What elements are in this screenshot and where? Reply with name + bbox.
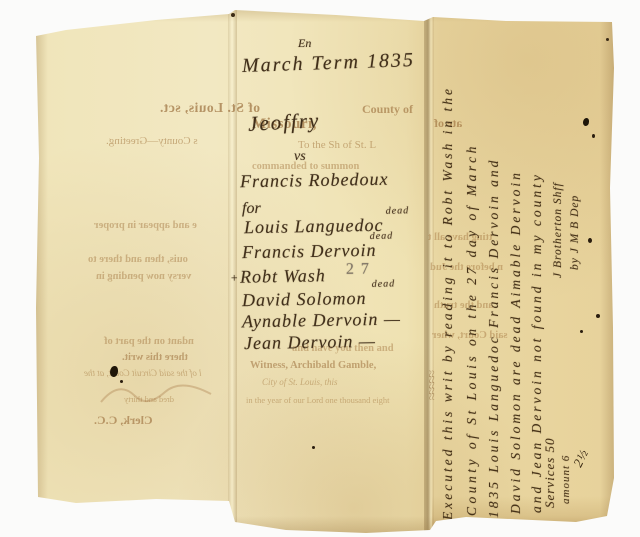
handwritten-defendant: Francis Robedoux	[240, 169, 389, 193]
ink-speck	[120, 380, 123, 383]
bleed-line-to-the-sheriff: To the Sh of St. L	[298, 139, 376, 151]
bleed-line-have-all: tting have all t	[428, 232, 492, 243]
handwritten-plaintiff: Jeoffry	[247, 108, 321, 137]
sheriff-return-line-4: David Solomon are dead Aimable Dervoin	[508, 170, 524, 514]
bleed-line-louis-sct: of St. Louis, sct.	[64, 100, 260, 116]
handwritten-versus: vs	[294, 149, 306, 165]
witness-row: Francis Dervoin dead	[242, 240, 377, 263]
witness-note-dead: dead	[386, 205, 410, 216]
paper-sheet: of St. Louis, sct. s County—Greeting. e …	[36, 8, 614, 534]
fold-edge-squiggle: ≈≈≈≈≈	[422, 370, 438, 398]
ink-speck	[596, 314, 600, 318]
bleed-line-year-of-our-lord: in the year of our Lord one thousand eig…	[246, 395, 390, 405]
handwritten-term-line: March Term 1835	[242, 49, 416, 78]
witness-name: Louis Languedoc	[244, 215, 384, 237]
ink-speck	[312, 446, 315, 449]
fee-fraction: 2½	[570, 446, 592, 469]
fee-note-services: Services 50	[542, 437, 558, 508]
bleed-line-greeting: s County—Greeting.	[106, 135, 198, 147]
bleed-line-then-there: ouis, then and there to	[88, 254, 188, 265]
witness-row: + Robt Wash 27	[240, 265, 326, 287]
witness-name: Aynable Dervoin —	[242, 309, 401, 332]
sheriff-signature: J Brotherton Shff	[552, 182, 564, 278]
bleed-line-witness-gamble: Witness, Archibald Gamble,	[250, 360, 376, 371]
ink-speck	[231, 13, 235, 17]
bleed-line-city-of-st-louis: City of St. Louis, this	[262, 377, 338, 387]
sheriff-return-line-2: County of St Louis on the 27 day of Marc…	[464, 143, 480, 516]
ink-cross-mark: +	[230, 271, 239, 286]
sheriff-return-line-1: Executed this writ by reading it to Robt…	[440, 86, 456, 520]
bleed-line-clerk-cc: Clerk, C.C.	[94, 413, 153, 428]
bleed-signature-flourish	[96, 374, 216, 414]
witness-name: Jean Dervoin —	[244, 331, 376, 353]
handwritten-term-superscript: En	[298, 36, 311, 51]
witness-note-dead: dead	[372, 278, 396, 289]
pencil-mark-27: 27	[346, 260, 376, 279]
witness-name: Francis Dervoin	[242, 240, 377, 262]
ink-speck	[592, 134, 595, 138]
sheriff-return-line-3: 1835 Louis Languedoc Francis Dervoin and	[486, 158, 502, 518]
bleed-line-pending: versy now pending in	[96, 271, 191, 282]
ink-speck	[580, 330, 583, 333]
ink-blot	[583, 118, 589, 126]
deputy-signature: by J M B Dep	[569, 195, 581, 270]
bleed-line-this-writ: there this writ.	[122, 352, 188, 363]
witness-row: Louis Languedoc dead	[244, 215, 384, 238]
bleed-line-appear: e and appear in proper	[94, 220, 197, 231]
bleed-line-county-of: County of	[362, 102, 413, 117]
ink-speck	[588, 238, 592, 243]
bleed-line-part-of: ndant on the part of	[104, 336, 194, 347]
scanned-document-page: of St. Louis, sct. s County—Greeting. e …	[0, 0, 640, 537]
witness-note-dead: dead	[370, 231, 394, 242]
witness-row: David Solomon dead	[242, 288, 367, 311]
witness-name: Robt Wash	[240, 265, 326, 286]
witness-name: David Solomon	[242, 288, 367, 310]
ink-speck	[606, 38, 609, 41]
witness-row: Aynable Dervoin —	[242, 309, 401, 333]
handwritten-for-label: for	[242, 200, 261, 218]
witness-row: Jean Dervoin —	[244, 331, 376, 354]
